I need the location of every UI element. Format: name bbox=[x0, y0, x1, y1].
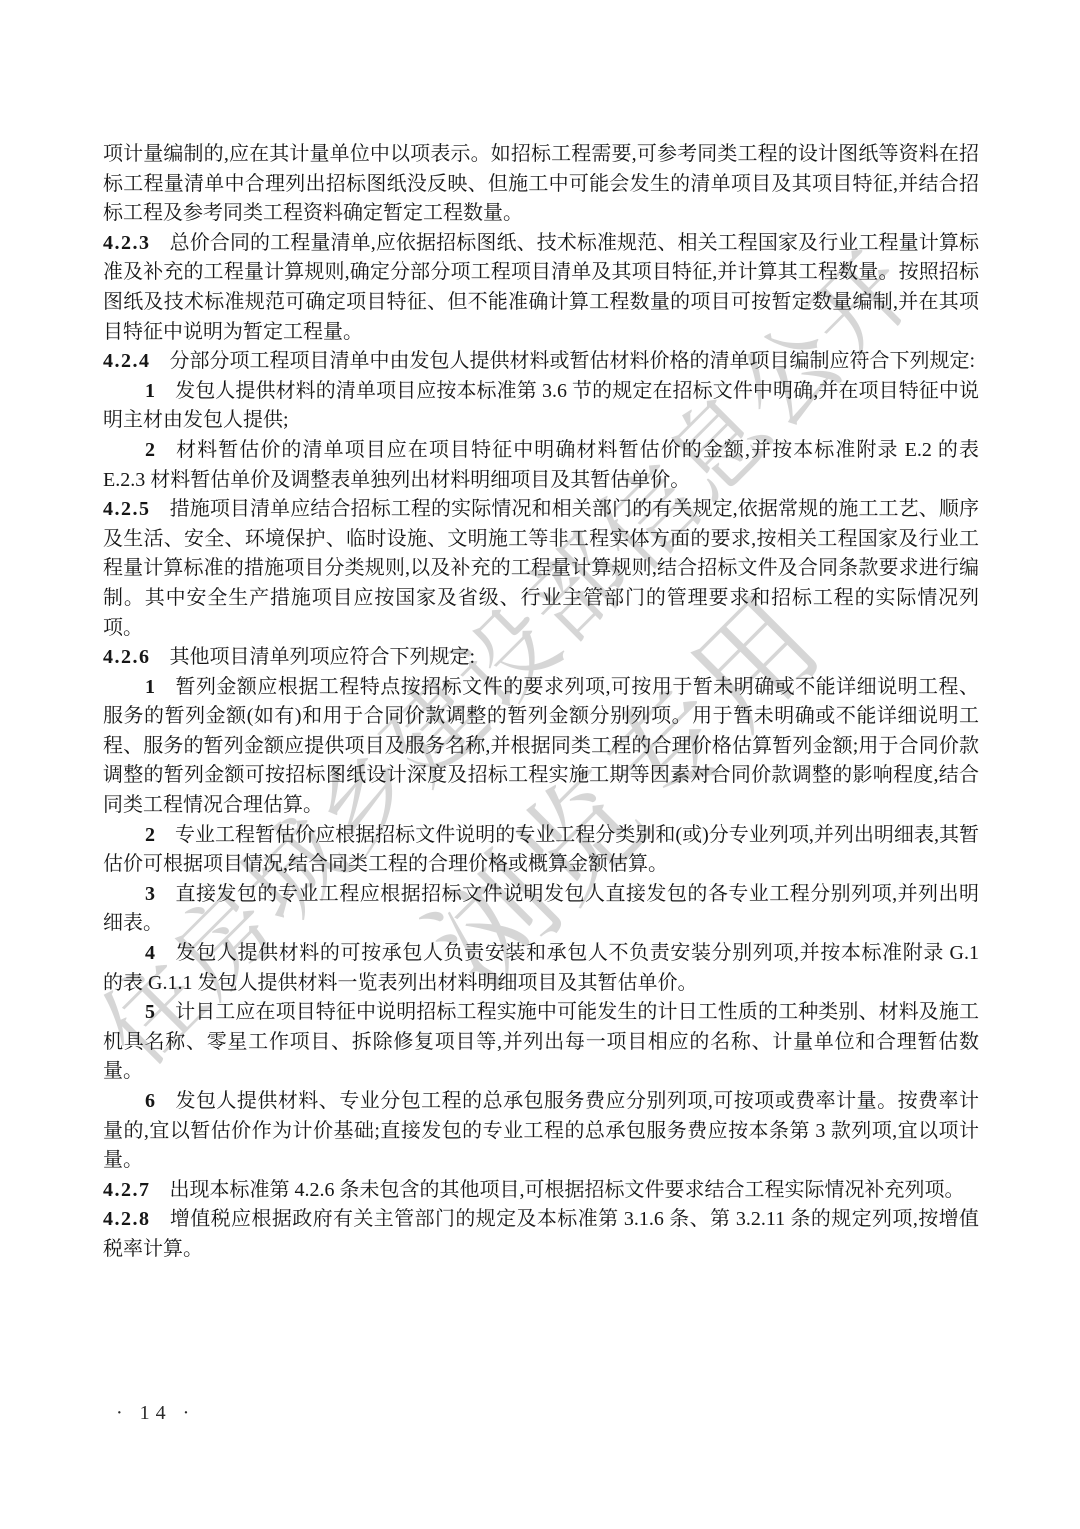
clause-number: 4.2.8 bbox=[103, 1208, 151, 1230]
paragraph-text: 计日工应在项目特征中说明招标工程实施中可能发生的计日工性质的工种类别、材料及施工… bbox=[103, 1001, 979, 1082]
paragraph-text: 发包人提供材料、专业分包工程的总承包服务费应分别列项,可按项或费率计量。按费率计… bbox=[103, 1090, 979, 1171]
paragraph-text: 增值税应根据政府有关主管部门的规定及本标准第 3.1.6 条、第 3.2.11 … bbox=[103, 1208, 979, 1260]
item-number: 1 bbox=[145, 676, 155, 698]
list-item-paragraph: 6发包人提供材料、专业分包工程的总承包服务费应分别列项,可按项或费率计量。按费率… bbox=[103, 1087, 979, 1176]
paragraph-text: 材料暂估价的清单项目应在项目特征中明确材料暂估价的金额,并按本标准附录 E.2 … bbox=[103, 439, 979, 491]
item-number: 4 bbox=[145, 942, 155, 964]
item-number: 5 bbox=[145, 1001, 155, 1023]
item-number: 6 bbox=[145, 1090, 155, 1112]
list-item-paragraph: 2材料暂估价的清单项目应在项目特征中明确材料暂估价的金额,并按本标准附录 E.2… bbox=[103, 436, 979, 495]
paragraph-text: 发包人提供材料的清单项目应按本标准第 3.6 节的规定在招标文件中明确,并在项目… bbox=[103, 380, 979, 432]
clause-paragraph-4-2-5: 4.2.5措施项目清单应结合招标工程的实际情况和相关部门的有关规定,依据常规的施… bbox=[103, 495, 979, 643]
paragraph-continuation: 项计量编制的,应在其计量单位中以项表示。如招标工程需要,可参考同类工程的设计图纸… bbox=[103, 140, 979, 229]
list-item-paragraph: 1发包人提供材料的清单项目应按本标准第 3.6 节的规定在招标文件中明确,并在项… bbox=[103, 377, 979, 436]
list-item-paragraph: 2专业工程暂估价应根据招标文件说明的专业工程分类别和(或)分专业列项,并列出明细… bbox=[103, 821, 979, 880]
paragraph-text: 出现本标准第 4.2.6 条未包含的其他项目,可根据招标文件要求结合工程实际情况… bbox=[170, 1179, 965, 1201]
list-item-paragraph: 1暂列金额应根据工程特点按招标文件的要求列项,可按用于暂未明确或不能详细说明工程… bbox=[103, 673, 979, 821]
page-number-text: · 14 · bbox=[116, 1402, 195, 1424]
clause-number: 4.2.5 bbox=[103, 498, 151, 520]
paragraph-text: 措施项目清单应结合招标工程的实际情况和相关部门的有关规定,依据常规的施工工艺、顺… bbox=[103, 498, 979, 638]
clause-number: 4.2.3 bbox=[103, 232, 151, 254]
item-number: 3 bbox=[145, 883, 155, 905]
clause-paragraph-4-2-3: 4.2.3总价合同的工程量清单,应依据招标图纸、技术标准规范、相关工程国家及行业… bbox=[103, 229, 979, 347]
clause-paragraph-4-2-4: 4.2.4分部分项工程项目清单中由发包人提供材料或暂估材料价格的清单项目编制应符… bbox=[103, 347, 979, 377]
paragraph-text: 项计量编制的,应在其计量单位中以项表示。如招标工程需要,可参考同类工程的设计图纸… bbox=[103, 143, 979, 224]
paragraph-text: 专业工程暂估价应根据招标文件说明的专业工程分类别和(或)分专业列项,并列出明细表… bbox=[103, 824, 979, 876]
page-number: · 14 · bbox=[116, 1402, 195, 1425]
paragraph-text: 其他项目清单列项应符合下列规定: bbox=[170, 646, 476, 668]
paragraph-text: 分部分项工程项目清单中由发包人提供材料或暂估材料价格的清单项目编制应符合下列规定… bbox=[170, 350, 976, 372]
paragraph-text: 暂列金额应根据工程特点按招标文件的要求列项,可按用于暂未明确或不能详细说明工程、… bbox=[103, 676, 979, 816]
clause-paragraph-4-2-7: 4.2.7出现本标准第 4.2.6 条未包含的其他项目,可根据招标文件要求结合工… bbox=[103, 1176, 979, 1206]
paragraph-text: 发包人提供材料的可按承包人负责安装和承包人不负责安装分别列项,并按本标准附录 G… bbox=[103, 942, 979, 994]
clause-paragraph-4-2-6: 4.2.6其他项目清单列项应符合下列规定: bbox=[103, 643, 979, 673]
item-number: 1 bbox=[145, 380, 155, 402]
paragraph-text: 总价合同的工程量清单,应依据招标图纸、技术标准规范、相关工程国家及行业工程量计算… bbox=[103, 232, 979, 343]
document-page: 住房城乡建设部信息公开 浏览专用 项计量编制的,应在其计量单位中以项表示。如招标… bbox=[0, 0, 1080, 1529]
clause-number: 4.2.7 bbox=[103, 1179, 151, 1201]
clause-paragraph-4-2-8: 4.2.8增值税应根据政府有关主管部门的规定及本标准第 3.1.6 条、第 3.… bbox=[103, 1205, 979, 1264]
list-item-paragraph: 3直接发包的专业工程应根据招标文件说明发包人直接发包的各专业工程分别列项,并列出… bbox=[103, 880, 979, 939]
clause-number: 4.2.6 bbox=[103, 646, 151, 668]
list-item-paragraph: 5计日工应在项目特征中说明招标工程实施中可能发生的计日工性质的工种类别、材料及施… bbox=[103, 998, 979, 1087]
list-item-paragraph: 4发包人提供材料的可按承包人负责安装和承包人不负责安装分别列项,并按本标准附录 … bbox=[103, 939, 979, 998]
clause-number: 4.2.4 bbox=[103, 350, 151, 372]
item-number: 2 bbox=[145, 824, 155, 846]
paragraph-text: 直接发包的专业工程应根据招标文件说明发包人直接发包的各专业工程分别列项,并列出明… bbox=[103, 883, 979, 935]
item-number: 2 bbox=[145, 439, 155, 461]
document-body: 项计量编制的,应在其计量单位中以项表示。如招标工程需要,可参考同类工程的设计图纸… bbox=[103, 140, 979, 1265]
